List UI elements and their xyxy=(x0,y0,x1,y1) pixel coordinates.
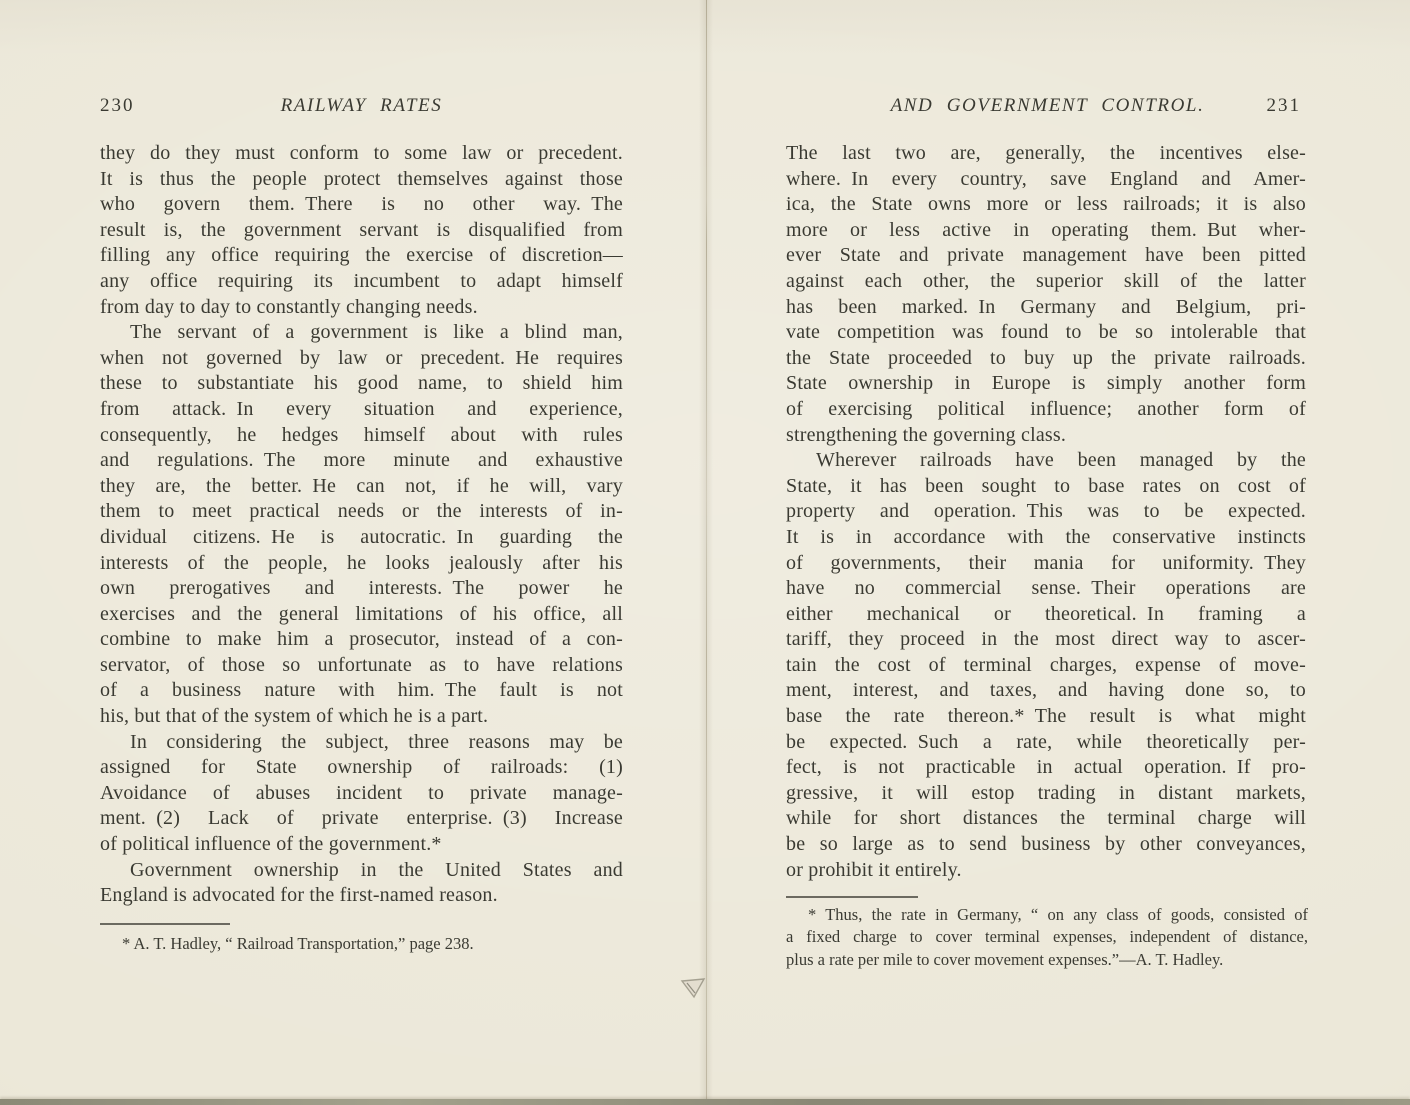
text-line: It is thus the people protect themselves… xyxy=(100,167,623,193)
text-line: them to meet practical needs or the inte… xyxy=(100,499,623,525)
text-line: while for short distances the terminal c… xyxy=(786,806,1306,832)
text-line: fect, is not practicable in actual opera… xyxy=(786,755,1306,781)
text-line: any office requiring its incumbent to ad… xyxy=(100,269,623,295)
text-line: who govern them. There is no other way. … xyxy=(100,192,623,218)
text-line: where. In every country, save England an… xyxy=(786,167,1306,193)
text-line: of a business nature with him. The fault… xyxy=(100,678,623,704)
right-footnote-rule xyxy=(786,896,918,898)
text-line: of governments, their mania for uniformi… xyxy=(786,551,1306,577)
text-line: filling any office requiring the exercis… xyxy=(100,243,623,269)
right-page-header: AND GOVERNMENT CONTROL. 231 xyxy=(786,95,1309,119)
text-line: from day to day to constantly changing n… xyxy=(100,295,623,321)
text-line: The servant of a government is like a bl… xyxy=(100,320,623,346)
text-line: ever State and private management have b… xyxy=(786,243,1306,269)
left-footnote: * A. T. Hadley, “ Railroad Transportatio… xyxy=(100,933,623,955)
right-page: AND GOVERNMENT CONTROL. 231 The last two… xyxy=(705,0,1410,1105)
text-line: of political influence of the government… xyxy=(100,832,623,858)
text-line: ment, interest, and taxes, and having do… xyxy=(786,678,1306,704)
text-line: be expected. Such a rate, while theoreti… xyxy=(786,730,1306,756)
text-line: * Thus, the rate in Germany, “ on any cl… xyxy=(786,904,1308,926)
text-line: against each other, the superior skill o… xyxy=(786,269,1306,295)
left-page: 230 RAILWAY RATES they do they must conf… xyxy=(0,0,705,1105)
text-line: be so large as to send business by other… xyxy=(786,832,1306,858)
text-line: In considering the subject, three reason… xyxy=(100,730,623,756)
text-line: servator, of those so unfortunate as to … xyxy=(100,653,623,679)
book-bottom-edge xyxy=(0,1099,1410,1105)
text-line: vate competition was found to be so into… xyxy=(786,320,1306,346)
text-line: plus a rate per mile to cover movement e… xyxy=(786,949,1308,971)
right-running-header: AND GOVERNMENT CONTROL. xyxy=(786,95,1309,117)
text-line: result is, the government servant is dis… xyxy=(100,218,623,244)
right-page-body: The last two are, generally, the incenti… xyxy=(786,141,1306,883)
text-line: when not governed by law or precedent. H… xyxy=(100,346,623,372)
book-spread-scan: 230 RAILWAY RATES they do they must conf… xyxy=(0,0,1410,1105)
text-line: State ownership in Europe is simply anot… xyxy=(786,371,1306,397)
text-line: ica, the State owns more or less railroa… xyxy=(786,192,1306,218)
text-line: It is in accordance with the conservativ… xyxy=(786,525,1306,551)
text-line: they are, the better. He can not, if he … xyxy=(100,474,623,500)
text-line: more or less active in operating them. B… xyxy=(786,218,1306,244)
right-footnote: * Thus, the rate in Germany, “ on any cl… xyxy=(786,904,1308,971)
text-line: interests of the people, he looks jealou… xyxy=(100,551,623,577)
text-line: Wherever railroads have been managed by … xyxy=(786,448,1306,474)
text-line: dividual citizens. He is autocratic. In … xyxy=(100,525,623,551)
left-running-header: RAILWAY RATES xyxy=(100,95,623,117)
text-line: or prohibit it entirely. xyxy=(786,858,1306,884)
text-line: combine to make him a prosecutor, instea… xyxy=(100,627,623,653)
text-line: tariff, they proceed in the most direct … xyxy=(786,627,1306,653)
text-line: State, it has been sought to base rates … xyxy=(786,474,1306,500)
text-line: and regulations. The more minute and exh… xyxy=(100,448,623,474)
text-line: from attack. In every situation and expe… xyxy=(100,397,623,423)
text-line: have no commercial sense. Their operatio… xyxy=(786,576,1306,602)
text-line: England is advocated for the first-named… xyxy=(100,883,623,909)
text-line: the State proceeded to buy up the privat… xyxy=(786,346,1306,372)
right-page-number: 231 xyxy=(1267,95,1302,117)
text-line: consequently, he hedges himself about wi… xyxy=(100,423,623,449)
text-line: Government ownership in the United State… xyxy=(100,858,623,884)
text-line: The last two are, generally, the incenti… xyxy=(786,141,1306,167)
text-line: gressive, it will estop trading in dista… xyxy=(786,781,1306,807)
text-line: Avoidance of abuses incident to private … xyxy=(100,781,623,807)
text-line: * A. T. Hadley, “ Railroad Transportatio… xyxy=(100,933,623,955)
text-line: assigned for State ownership of railroad… xyxy=(100,755,623,781)
left-footnote-rule xyxy=(100,923,230,925)
text-line: strengthening the governing class. xyxy=(786,423,1306,449)
text-line: ment. (2) Lack of private enterprise. (3… xyxy=(100,806,623,832)
text-line: these to substantiate his good name, to … xyxy=(100,371,623,397)
left-page-header: 230 RAILWAY RATES xyxy=(100,95,623,119)
text-line: either mechanical or theoretical. In fra… xyxy=(786,602,1306,628)
left-page-number: 230 xyxy=(100,95,135,117)
text-line: they do they must conform to some law or… xyxy=(100,141,623,167)
text-line: a fixed charge to cover terminal expense… xyxy=(786,926,1308,948)
text-line: own prerogatives and interests. The powe… xyxy=(100,576,623,602)
text-line: exercises and the general limitations of… xyxy=(100,602,623,628)
left-page-body: they do they must conform to some law or… xyxy=(100,141,623,909)
text-line: of exercising political influence; anoth… xyxy=(786,397,1306,423)
text-line: base the rate thereon.* The result is wh… xyxy=(786,704,1306,730)
text-line: has been marked. In Germany and Belgium,… xyxy=(786,295,1306,321)
text-line: property and operation. This was to be e… xyxy=(786,499,1306,525)
text-line: his, but that of the system of which he … xyxy=(100,704,623,730)
text-line: tain the cost of terminal charges, expen… xyxy=(786,653,1306,679)
